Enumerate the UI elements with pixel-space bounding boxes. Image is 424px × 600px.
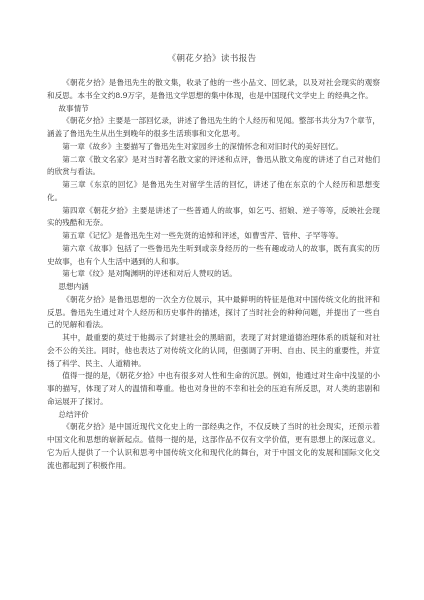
paragraph: 值得一提的是，《朝花夕拾》中也有很多对人性和生命的沉思。例如，他通过对生命中浅显…: [47, 370, 380, 408]
paragraph: 第三章《东京的回忆》是鲁迅先生对留学生活的回忆，讲述了他在东京的个人经历和思想变…: [47, 179, 380, 205]
paragraph: 第一章《故乡》主要描写了鲁迅先生对家园乡土的深情怀念和对旧时代的美好回忆。: [47, 141, 380, 154]
paragraph: 第四章《朝花夕拾》主要是讲述了一些普通人的故事，如乞丐、招娘、逆子等等，反映社会…: [47, 205, 380, 231]
section-heading-ideas: 思想内涵: [47, 281, 380, 294]
paragraph: 《朝花夕拾》是中国近现代文化史上的一部经典之作，不仅反映了当时的社会现实，还预示…: [47, 421, 380, 472]
document-page: 《朝花夕拾》读书报告 《朝花夕拾》是鲁迅先生的散文集，收录了他的一些小品文、回忆…: [0, 0, 424, 600]
paragraph: 其中，最重要的莫过于他揭示了封建社会的黑暗面，表现了对封建道德治理体系的质疑和对…: [47, 332, 380, 370]
paragraph: 第五章《记忆》是鲁迅先生对一些先贤的追悼和评述，如曹雪芹、管仲、子罕等等。: [47, 230, 380, 243]
intro-paragraph: 《朝花夕拾》是鲁迅先生的散文集，收录了他的一些小品文、回忆录，以及对社会现实的观…: [47, 77, 380, 103]
document-body: 《朝花夕拾》是鲁迅先生的散文集，收录了他的一些小品文、回忆录，以及对社会现实的观…: [47, 77, 380, 472]
paragraph: 《朝花夕拾》是鲁迅思想的一次全方位展示，其中最鲜明的特征是他对中国传统文化的批评…: [47, 294, 380, 332]
section-heading-plot: 故事情节: [47, 103, 380, 116]
paragraph: 第六章《故事》包括了一些鲁迅先生听到或亲身经历的一些有趣或动人的故事，既有真实的…: [47, 243, 380, 269]
paragraph: 第二章《散文名家》是对当时著名散文家的评述和点评，鲁迅从散文角度的讲述了自己对他…: [47, 154, 380, 180]
document-title: 《朝花夕拾》读书报告: [0, 53, 424, 65]
paragraph: 《朝花夕拾》主要是一部回忆录，讲述了鲁迅先生的个人经历和见闻。整部书共分为7个章…: [47, 115, 380, 141]
paragraph: 第七章《纹》是对陶渊明的评述和对后人赞叹的话。: [47, 268, 380, 281]
section-heading-summary: 总结评价: [47, 409, 380, 422]
